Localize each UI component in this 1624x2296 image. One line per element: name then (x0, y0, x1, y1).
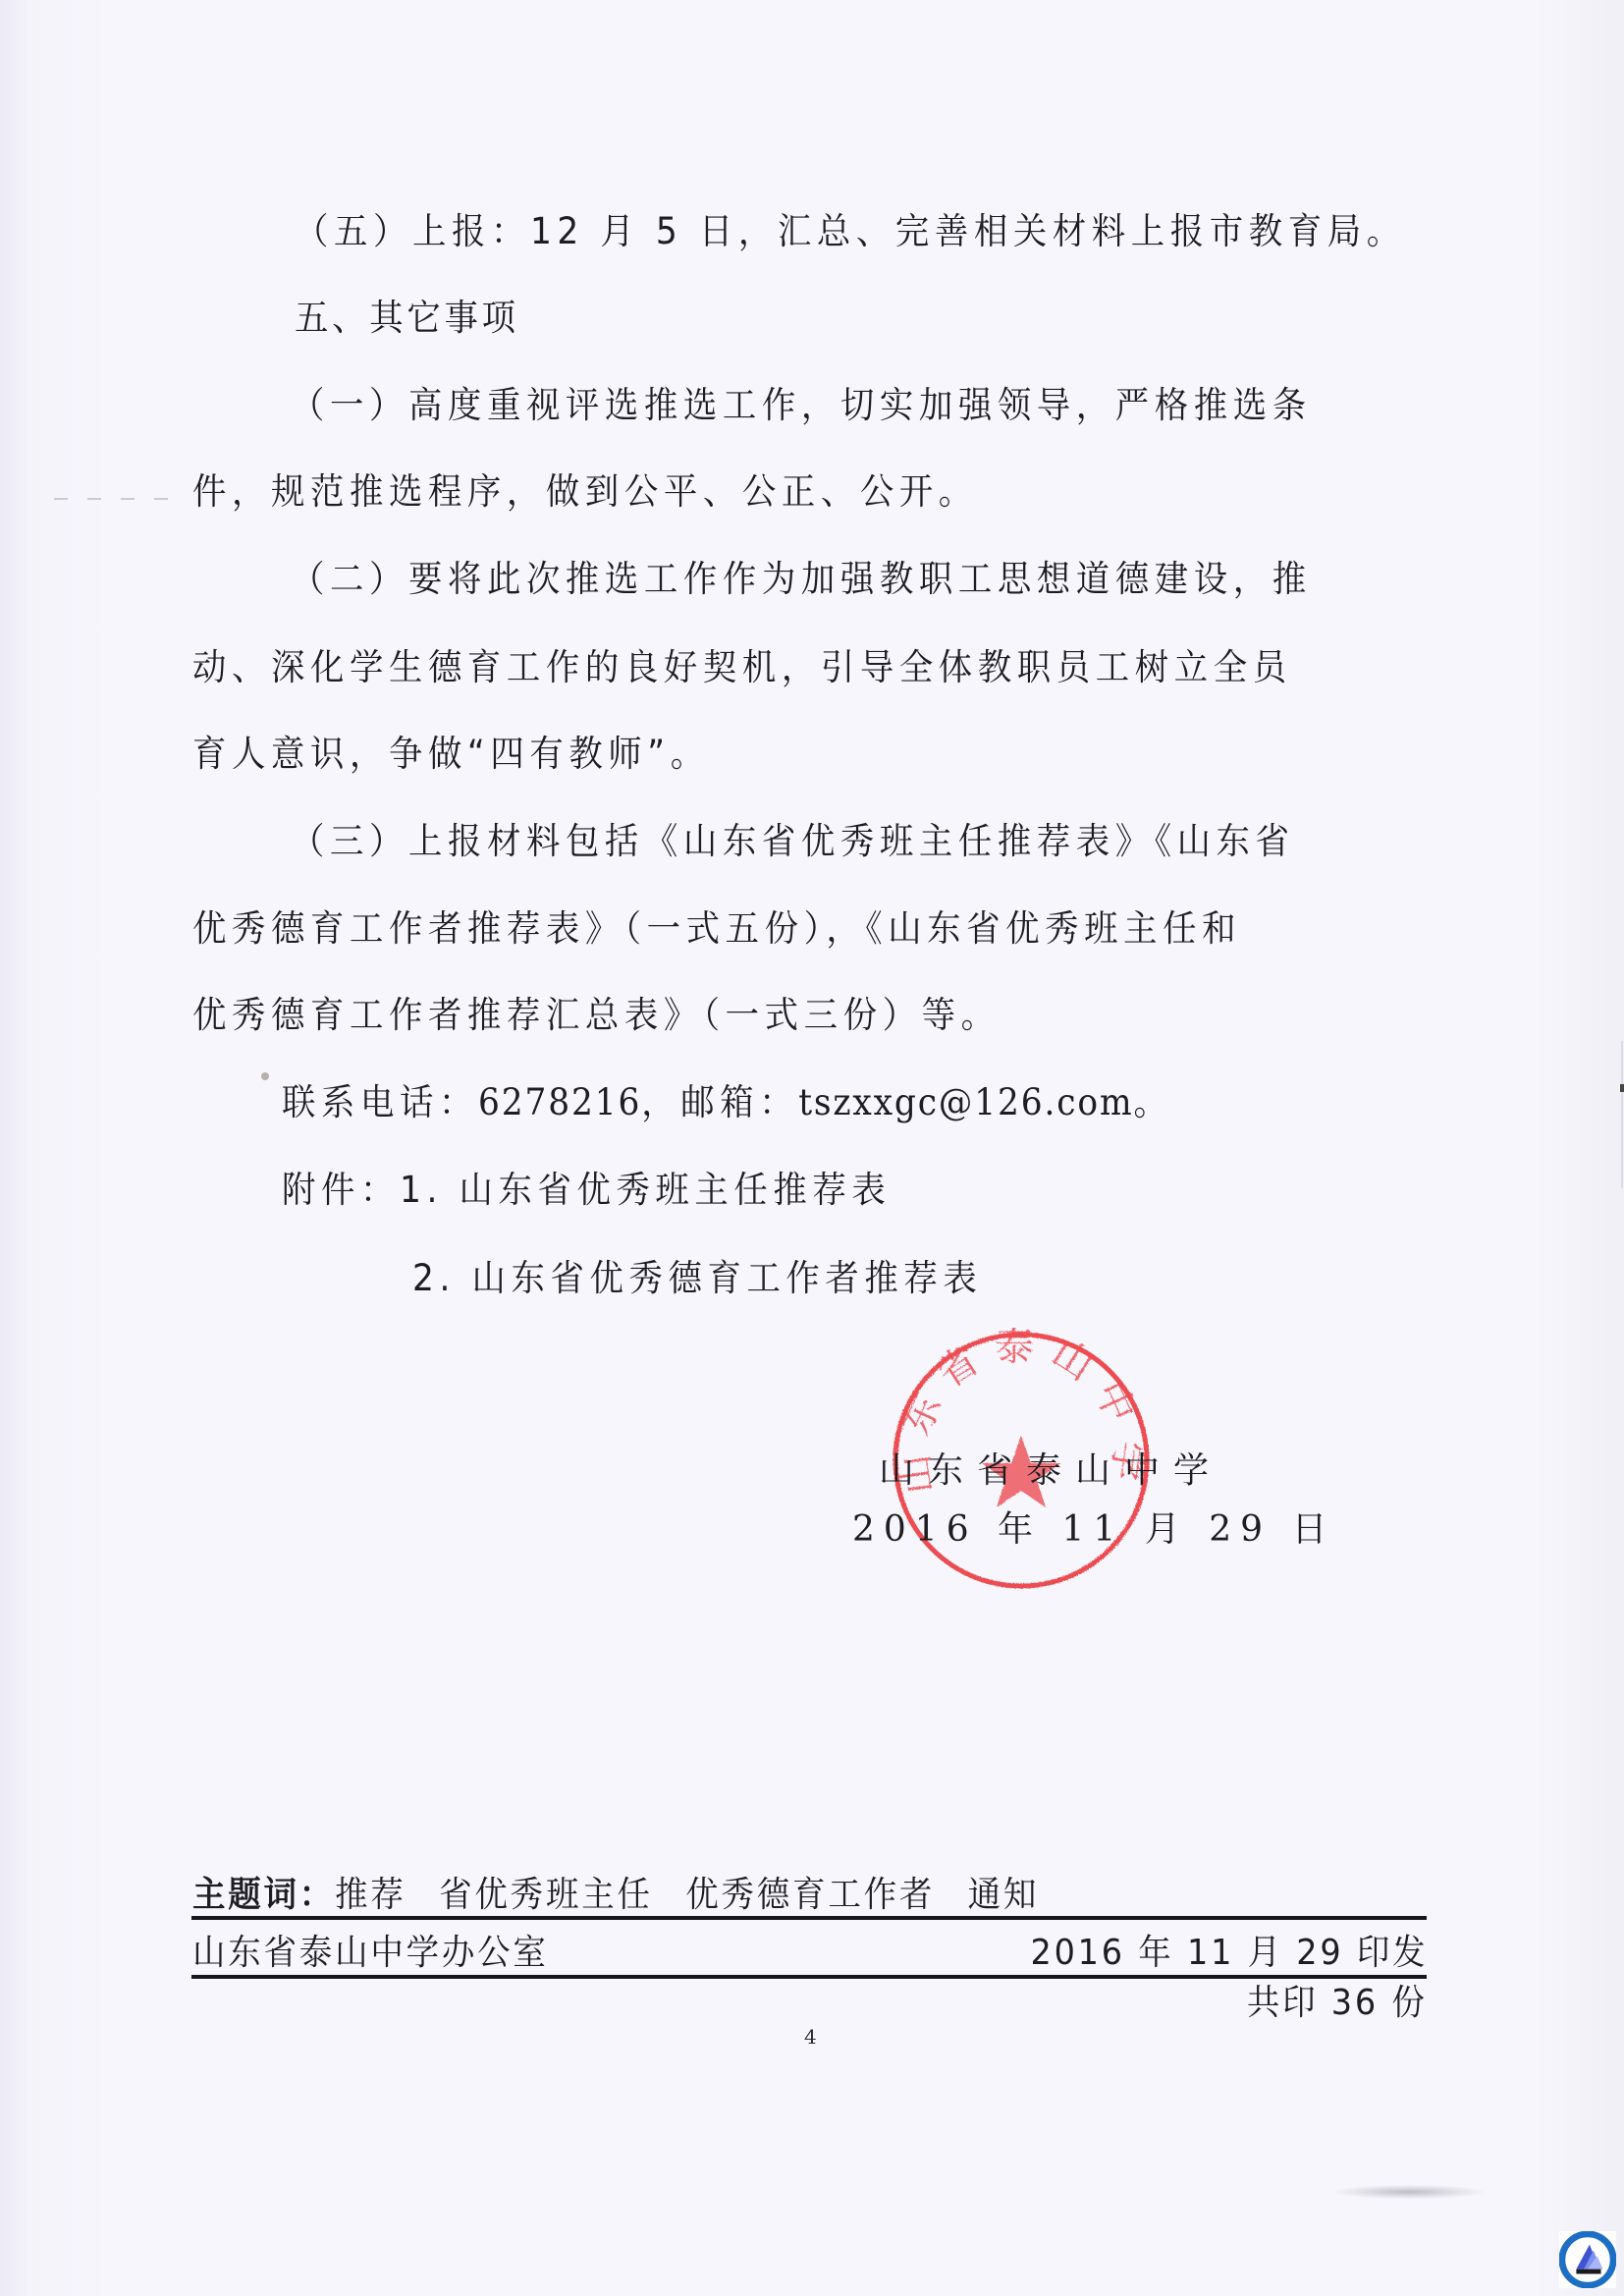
keywords-label: 主题词： (192, 1875, 335, 1915)
print-copies: 共印 36 份 (1247, 1982, 1428, 2025)
keywords-line: 主题词：推荐省优秀班主任优秀德育工作者通知 (192, 1874, 1039, 1917)
keyword-1: 推荐 (335, 1875, 406, 1915)
scan-edge-line (1621, 1041, 1623, 1188)
footer-rule-top (191, 1916, 1427, 1920)
contact-phone: 6278216 (478, 1081, 641, 1123)
attachment-item-1: 1. 山东省优秀班主任推荐表 (400, 1169, 891, 1211)
footer-rule-bottom (191, 1975, 1427, 1979)
issue-date: 2016 年 11 月 29 印发 (1030, 1932, 1428, 1975)
item-5-report-line: （五）上报：12 月 5 日，汇总、完善相关材料上报市教育局。 (295, 210, 1406, 253)
point-2-line-3: 育人意识，争做“四有教师”。 (192, 733, 710, 776)
point-1-line-1: （一）高度重视评选推选工作，切实加强领导，严格推选条 (291, 384, 1312, 427)
issuer-office: 山东省泰山中学办公室 (192, 1932, 549, 1975)
signature-date: 2016 年 11 月 29 日 (852, 1508, 1335, 1552)
keyword-3: 优秀德育工作者 (685, 1875, 935, 1915)
attachment-line-2: 2. 山东省优秀德育工作者推荐表 (412, 1257, 982, 1300)
keyword-2: 省优秀班主任 (439, 1875, 653, 1915)
section-5-heading: 五、其它事项 (295, 297, 519, 340)
contact-label: 联系电话： (282, 1081, 478, 1123)
scan-smudge (1335, 2185, 1483, 2199)
school-emblem-icon (1559, 2231, 1616, 2288)
point-2-line-1: （二）要将此次推选工作作为加强教职工思想道德建设，推 (291, 558, 1312, 601)
document-page: （五）上报：12 月 5 日，汇总、完善相关材料上报市教育局。 五、其它事项 （… (0, 0, 1624, 2296)
page-number: 4 (804, 2025, 817, 2049)
point-2-line-2: 动、深化学生德育工作的良好契机，引导全体教职员工树立全员 (192, 646, 1292, 689)
attachments-label: 附件： (282, 1169, 400, 1211)
point-1-line-2: 件，规范推选程序，做到公平、公正、公开。 (192, 470, 978, 514)
scan-edge-mark (1620, 1084, 1624, 1092)
contact-separator: ，邮箱： (641, 1081, 798, 1123)
point-3-line-3: 优秀德育工作者推荐汇总表》（一式三份）等。 (192, 994, 1001, 1037)
attachment-line-1: 附件：1. 山东省优秀班主任推荐表 (282, 1169, 891, 1212)
keyword-4: 通知 (968, 1875, 1040, 1915)
contact-email[interactable]: tszxxgc@126.com (798, 1081, 1133, 1123)
scan-margin-mark (54, 498, 182, 500)
contact-line: 联系电话：6278216，邮箱：tszxxgc@126.com。 (282, 1081, 1172, 1124)
attachment-item-2: 2. 山东省优秀德育工作者推荐表 (412, 1257, 982, 1299)
point-3-line-1: （三）上报材料包括《山东省优秀班主任推荐表》《山东省 (291, 820, 1295, 863)
point-3-line-2: 优秀德育工作者推荐表》（一式五份），《山东省优秀班主任和 (192, 907, 1241, 951)
scan-dot-mark (261, 1072, 269, 1080)
contact-end: 。 (1133, 1081, 1172, 1123)
signature-organization: 山东省泰山中学 (879, 1449, 1222, 1493)
